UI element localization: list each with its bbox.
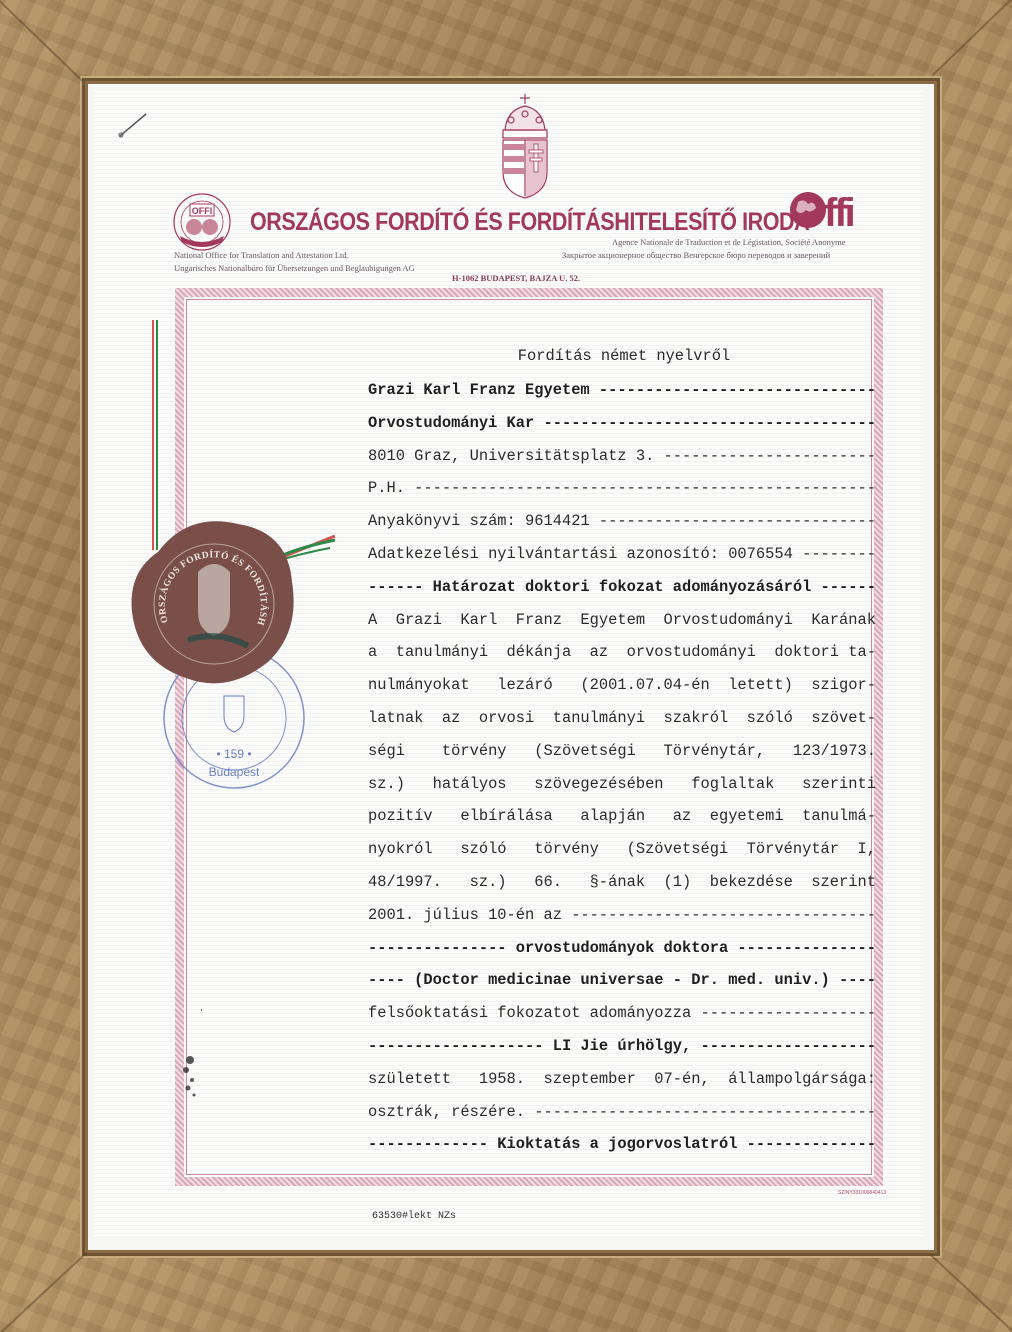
document-line: ------------------- LI Jie úrhölgy, ----… [368, 1037, 880, 1055]
document-line: sz.) hatályos szövegezésében foglaltak s… [368, 775, 880, 793]
document-line: A Grazi Karl Franz Egyetem Orvostudomány… [368, 611, 880, 629]
document-line: P.H. -----------------------------------… [368, 479, 880, 497]
staple-pin-icon [118, 112, 148, 138]
document-line: Adatkezelési nyilvántartási azonosító: 0… [368, 545, 880, 563]
document-line: ségi törvény (Szövetségi Törvénytár, 123… [368, 742, 880, 760]
subtitle-french: Agence Nationale de Traduction et de Lég… [612, 237, 845, 247]
document-line: nyokról szóló törvény (Szövetségi Törvén… [368, 840, 880, 858]
serial-number: SZINY331009840413 [838, 1190, 886, 1196]
document-line: 2001. július 10-én az ------------------… [368, 906, 880, 924]
document-line: 48/1997. sz.) 66. §-ának (1) bekezdése s… [368, 873, 880, 891]
office-title: ORSZÁGOS FORDÍTÓ ÉS FORDÍTÁSHITELESÍTŐ I… [250, 208, 809, 237]
document-line: --------------- orvostudományok doktora … [368, 939, 880, 957]
offi-brand-logo-icon: ffi [788, 186, 884, 232]
subtitle-english: National Office for Translation and Atte… [174, 250, 349, 260]
document-line: ---- (Doctor medicinae universae - Dr. m… [368, 971, 880, 989]
document-line: osztrák, részére. ----------------------… [368, 1103, 880, 1121]
document-line: pozitív elbírálása alapján az egyetemi t… [368, 807, 880, 825]
document-heading: Fordítás német nyelvről [368, 347, 880, 365]
document-line: felsőoktatási fokozatot adományozza ----… [368, 1004, 880, 1022]
document-line: 8010 Graz, Universitätsplatz 3. --------… [368, 447, 880, 465]
hungarian-coat-of-arms-icon [497, 92, 553, 200]
document-line: latnak az orvosi tanulmányi szakról szól… [368, 709, 880, 727]
subtitle-german: Ungarisches Nationalbüro für Übersetzung… [174, 263, 415, 273]
reference-code: 63530#lekt NZs [372, 1211, 456, 1222]
svg-text:• 159 •: • 159 • [216, 747, 251, 761]
offi-round-logo-icon: OFFI [172, 192, 232, 252]
subtitle-russian: Закрытое акционерное общество Венгерское… [562, 250, 830, 260]
document-line: Grazi Karl Franz Egyetem ---------------… [368, 381, 880, 399]
document-line: született 1958. szeptember 07-én, államp… [368, 1070, 880, 1088]
wax-seal-icon: ORSZÁGOS FORDÍTÓ ÉS FORDÍTÁSHITELESÍTŐ I… [128, 512, 298, 692]
document-line: nulmányokat lezáró (2001.07.04-én letett… [368, 676, 880, 694]
office-address: H-1062 BUDAPEST, BAJZA U. 52. [452, 273, 580, 283]
document-line: a tanulmányi dékánja az orvostudományi d… [368, 643, 880, 661]
svg-text:ffi: ffi [824, 191, 854, 232]
ink-smudge [172, 1000, 202, 1110]
svg-text:Budapest: Budapest [209, 765, 260, 779]
document-line: Orvostudományi Kar ---------------------… [368, 414, 880, 432]
document-line: Anyakönyvi szám: 9614421 ---------------… [368, 512, 880, 530]
document-line: ------------- Kioktatás a jogorvoslatról… [368, 1135, 880, 1153]
svg-text:OFFI: OFFI [192, 206, 213, 216]
document-line: ------ Határozat doktori fokozat adomány… [368, 578, 880, 596]
